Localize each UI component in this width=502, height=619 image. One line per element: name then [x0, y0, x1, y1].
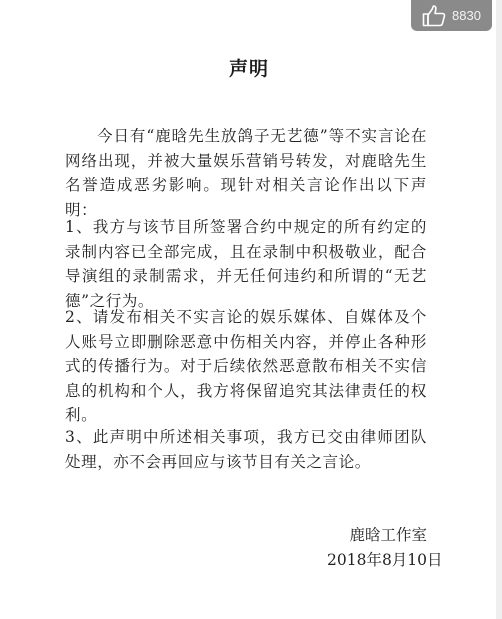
- statement-point-3: 3、此声明中所述相关事项，我方已交由律师团队处理，亦不会再回应与该节目有关之言论…: [65, 425, 427, 474]
- like-button[interactable]: 8830: [411, 0, 492, 31]
- thumbs-up-icon: [422, 5, 446, 27]
- intro-paragraph: 今日有“鹿晗先生放鸽子无艺德”等不实言论在网络出现，并被大量娱乐营销号转发，对鹿…: [65, 124, 427, 222]
- signature-organization: 鹿晗工作室: [327, 523, 437, 548]
- like-count: 8830: [452, 8, 481, 23]
- signature-block: 鹿晗工作室 2018年8月10日: [327, 523, 437, 572]
- document-title: 声明: [65, 54, 433, 81]
- signature-date: 2018年8月10日: [327, 548, 437, 573]
- statement-point-2: 2、请发布相关不实言论的娱乐媒体、自媒体及个人账号立即删除恶意中伤相关内容，并停…: [65, 305, 427, 428]
- statement-point-1: 1、我方与该节目所签署合约中规定的所有约定的录制内容已全部完成，且在录制中积极敬…: [65, 215, 427, 313]
- scrollbar-track[interactable]: [496, 0, 502, 619]
